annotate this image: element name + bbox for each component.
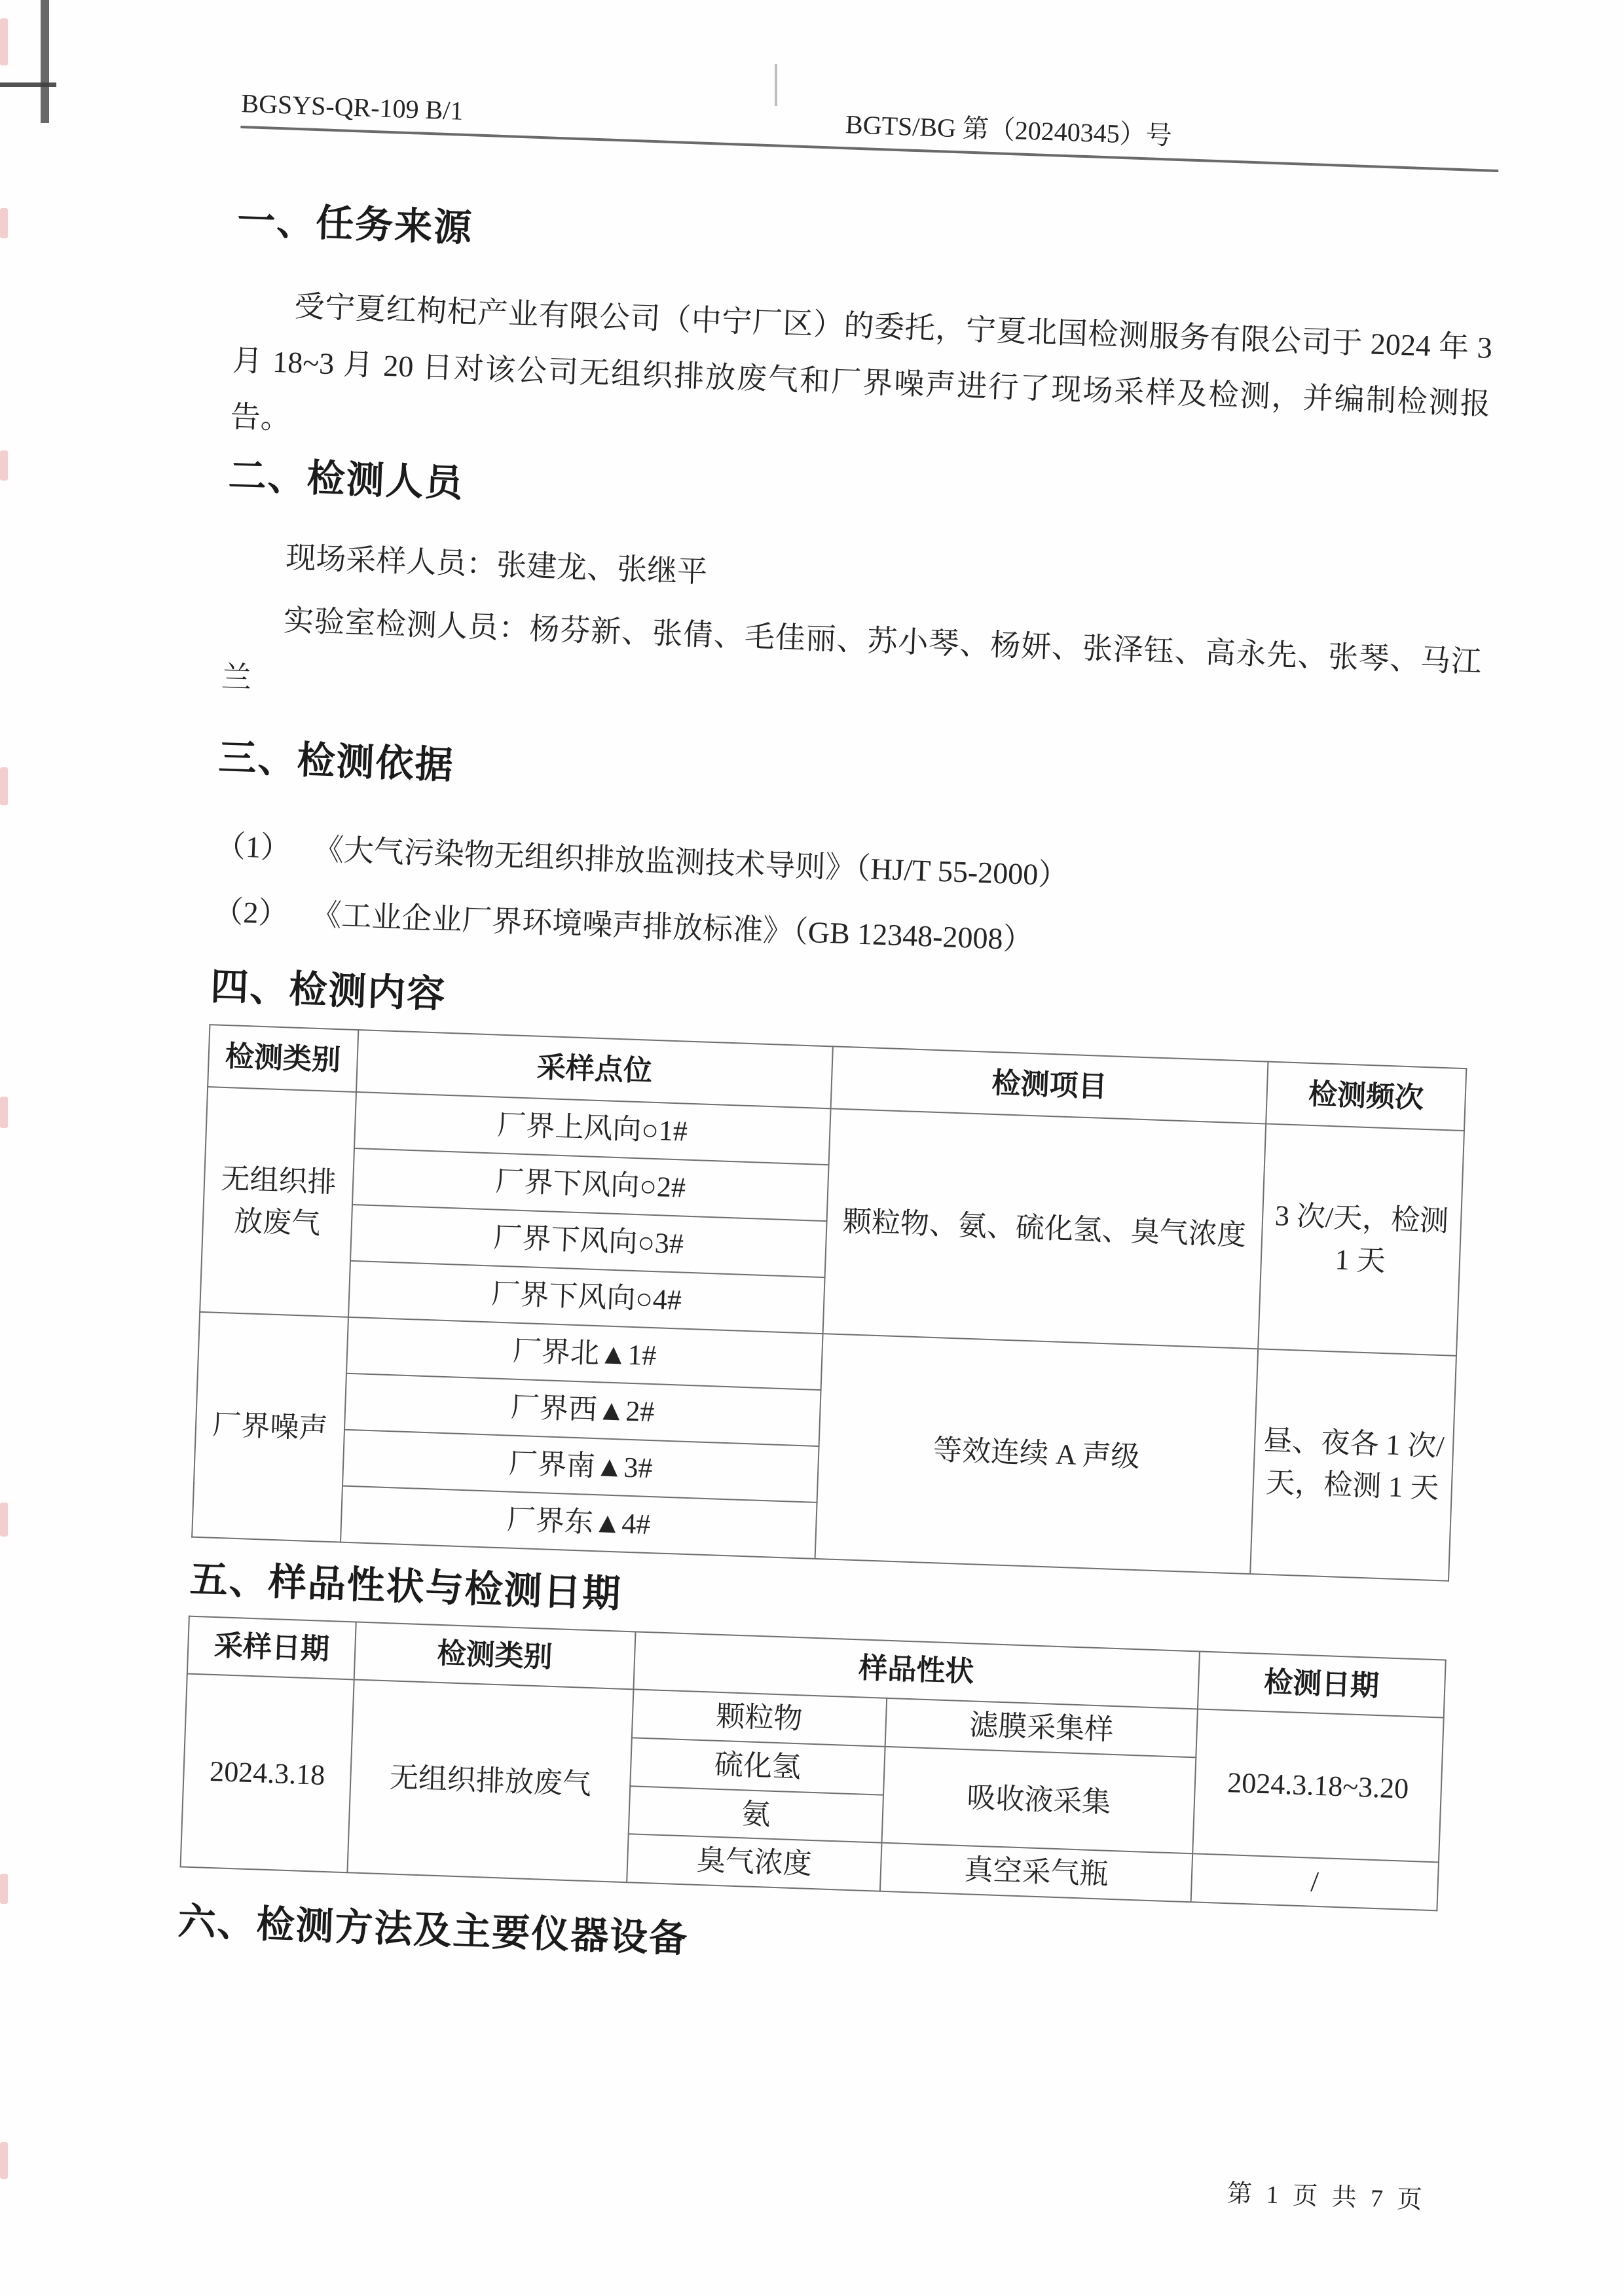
basis-item-text: 《工业企业厂界环境噪声排放标准》（GB 12348-2008）: [310, 890, 1471, 974]
document-page: BGSYS-QR-109 B/1 BGTS/BG 第（20240345）号 一、…: [0, 0, 1624, 2296]
scan-artifact-red-mark: [0, 208, 8, 238]
state-cell: 真空采气瓶: [880, 1843, 1192, 1902]
content-table: 检测类别 采样点位 检测项目 检测频次 无组织排放废气 厂界上风向○1# 颗粒物…: [191, 1024, 1467, 1582]
test-date-cell: /: [1190, 1854, 1439, 1911]
frequency-cell: 3 次/天，检测 1 天: [1258, 1124, 1464, 1356]
section-title-basis: 三、检测依据: [217, 735, 1477, 824]
col-header-category: 检测类别: [354, 1622, 635, 1690]
scan-artifact-red-mark: [0, 2142, 8, 2179]
sample-table: 采样日期 检测类别 样品性状 检测日期 2024.3.18 无组织排放废气 颗粒…: [180, 1616, 1447, 1912]
param-cell: 氨: [628, 1786, 883, 1843]
category-cell: 厂界噪声: [192, 1312, 348, 1542]
scan-artifact-red-mark: [0, 450, 8, 481]
section-title-methods: 六、检测方法及主要仪器设备: [177, 1899, 1436, 1988]
sampling-date-cell: 2024.3.18: [181, 1674, 355, 1873]
task-source-paragraph: 受宁夏红枸杞产业有限公司（中宁厂区）的委托，宁夏北国检测服务有限公司于 2024…: [229, 276, 1493, 489]
col-header-sampling-date: 采样日期: [187, 1616, 356, 1680]
param-cell: 颗粒物: [631, 1689, 887, 1746]
scan-artifact-red-mark: [0, 767, 8, 805]
category-cell: 无组织排放废气: [348, 1679, 633, 1882]
col-header-frequency: 检测频次: [1266, 1062, 1467, 1131]
items-cell: 等效连续 A 声级: [815, 1334, 1258, 1574]
col-header-category: 检测类别: [208, 1025, 358, 1092]
scan-artifact-red-mark: [0, 1874, 8, 1904]
state-cell: 吸收液采集: [882, 1747, 1196, 1854]
scan-artifact-red-mark: [0, 1097, 8, 1128]
param-cell: 臭气浓度: [627, 1834, 882, 1891]
scan-artifact-horizontal-line: [0, 82, 56, 87]
basis-item-number: （2）: [212, 887, 312, 934]
items-cell: 颗粒物、氨、硫化氢、臭气浓度: [823, 1108, 1266, 1349]
scan-content: BGSYS-QR-109 B/1 BGTS/BG 第（20240345）号 一、…: [168, 77, 1500, 2267]
col-header-test-date: 检测日期: [1198, 1651, 1446, 1717]
page-number: 第 1 页 共 7 页: [1227, 2172, 1426, 2215]
frequency-cell: 昼、夜各 1 次/天，检测 1 天: [1250, 1349, 1456, 1580]
section-title-task-source: 一、任务来源: [236, 198, 1496, 287]
category-cell: 无组织排放废气: [200, 1087, 356, 1317]
form-code: BGSYS-QR-109 B/1: [241, 86, 464, 128]
param-cell: 硫化氢: [630, 1738, 885, 1795]
document-header: BGSYS-QR-109 B/1 BGTS/BG 第（20240345）号: [241, 86, 1500, 164]
scan-artifact-red-mark: [0, 1503, 8, 1537]
test-date-cell: 2024.3.18~3.20: [1192, 1709, 1444, 1862]
scan-artifact-red-mark: [0, 18, 8, 65]
scan-artifact-vertical-line: [41, 0, 49, 123]
basis-item-number: （1）: [215, 822, 314, 868]
report-number: BGTS/BG 第（20240345）号: [845, 107, 1172, 153]
